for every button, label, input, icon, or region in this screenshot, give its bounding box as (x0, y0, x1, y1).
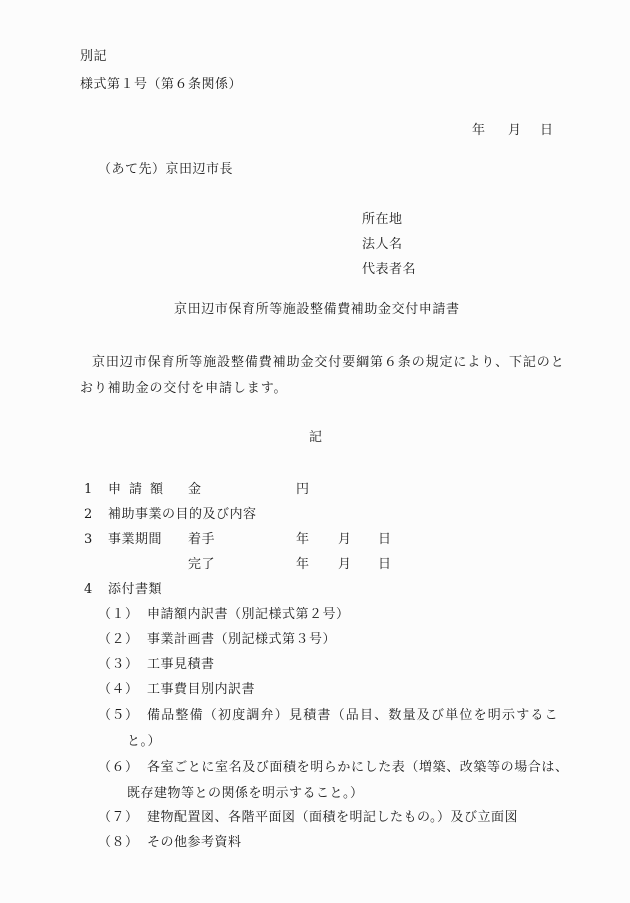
applicant-corp-name-label: 法人名 (362, 238, 403, 251)
item-3-label: 事業期間 (108, 533, 162, 546)
date-day: 日 (540, 124, 554, 137)
attachment-2-number: （２） (98, 633, 139, 646)
ki-heading: 記 (309, 431, 323, 444)
item-3-start-month: 月 (338, 533, 352, 546)
item-2-number: 2 (84, 508, 93, 521)
attachment-3-number: （３） (98, 658, 139, 671)
item-4-label: 添付書類 (108, 583, 162, 596)
attachment-3-text: 工事見積書 (147, 658, 215, 671)
body-line-2: おり補助金の交付を申請します。 (80, 382, 287, 395)
addressee: （あて先）京田辺市長 (98, 163, 233, 176)
attachment-8-number: （８） (98, 836, 139, 849)
item-4-number: 4 (84, 583, 93, 596)
attachment-6-number: （６） (98, 761, 139, 774)
item-1-number: 1 (84, 483, 93, 496)
applicant-representative-label: 代表者名 (362, 263, 416, 276)
item-3-start-day: 日 (378, 533, 392, 546)
form-number: 様式第１号（第６条関係） (80, 78, 242, 91)
attachment-4-number: （４） (98, 683, 139, 696)
date-month: 月 (508, 124, 522, 137)
item-3-number: 3 (84, 533, 93, 546)
item-3-end-year: 年 (296, 558, 310, 571)
item-3-end-month: 月 (338, 558, 352, 571)
attachment-5-number: （５） (98, 709, 139, 722)
attachment-6-text: 各室ごとに室名及び面積を明らかにした表（増築、改築等の場合は、 (147, 761, 569, 774)
body-line-1: 京田辺市保育所等施設整備費補助金交付要綱第６条の規定により、下記のと (92, 356, 565, 369)
attachment-2-text: 事業計画書（別記様式第３号） (147, 633, 336, 646)
attachment-5-text: 備品整備（初度調弁）見積書（品目、数量及び単位を明示するこ (147, 709, 559, 722)
item-3-start-label: 着手 (188, 533, 215, 546)
item-3-end-day: 日 (378, 558, 392, 571)
item-1-label: 申請額 (108, 483, 171, 496)
document-title: 京田辺市保育所等施設整備費補助金交付申請書 (174, 303, 460, 316)
date-year: 年 (472, 124, 486, 137)
item-1-unit: 円 (296, 483, 310, 496)
attachment-1-text: 申請額内訳書（別記様式第２号） (147, 608, 350, 621)
item-1-prefix: 金 (188, 483, 202, 496)
item-2-label: 補助事業の目的及び内容 (108, 508, 257, 521)
attachment-6-continuation: 既存建物等との関係を明示すること。） (127, 787, 364, 800)
attachment-7-number: （７） (98, 811, 139, 824)
applicant-address-label: 所在地 (362, 213, 403, 226)
attachment-8-text: その他参考資料 (147, 836, 242, 849)
attachment-7-text: 建物配置図、各階平面図（面積を明記したもの。）及び立面図 (147, 811, 518, 824)
annex-label: 別記 (80, 50, 107, 63)
attachment-1-number: （１） (98, 608, 139, 621)
attachment-5-continuation: と。） (127, 735, 161, 748)
item-3-start-year: 年 (296, 533, 310, 546)
attachment-4-text: 工事費目別内訳書 (147, 683, 255, 696)
item-3-end-label: 完了 (188, 558, 215, 571)
